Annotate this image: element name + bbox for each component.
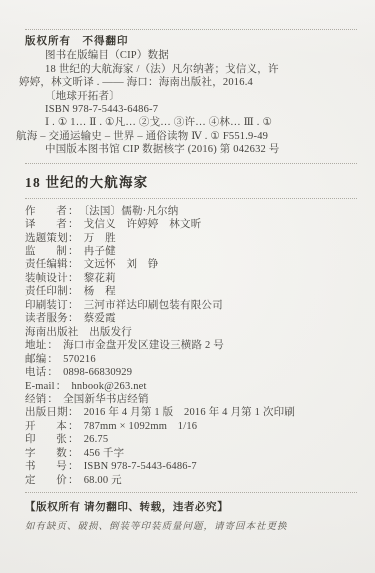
cip-line: ISBN 978-7-5443-6486-7: [45, 103, 357, 116]
row-label: 译者: [25, 218, 67, 231]
row-label: 开本: [25, 420, 67, 433]
row-value: 三河市祥达印刷包装有限公司: [84, 300, 223, 311]
label-colon: ：: [68, 448, 79, 459]
label-colon: ：: [47, 340, 58, 351]
row-value: 文远怀 刘 铮: [84, 259, 159, 270]
label-colon: ：: [68, 407, 79, 418]
row-label: 监制: [25, 245, 67, 258]
row-value: ISBN 978-7-5443-6486-7: [84, 461, 197, 472]
row-value: 2016 年 4 月第 1 版 2016 年 4 月第 1 次印刷: [84, 407, 295, 418]
row-value: 26.75: [84, 434, 109, 445]
row-address: 地址：海口市金盘开发区建设三横路 2 号: [25, 339, 357, 352]
row-word-count: 字数：456 千字: [25, 447, 357, 460]
label-colon: ：: [68, 259, 79, 270]
label-colon: ：: [68, 434, 79, 445]
row-price: 定价：68.00 元: [25, 474, 357, 487]
row-label: 责任编辑: [25, 258, 67, 271]
row-value: 0898-66830929: [63, 367, 132, 378]
cip-line: 18 世纪的大航海家 /（法）凡尔纳著；戈信义，许: [45, 63, 357, 76]
divider-below-title: [25, 198, 357, 199]
label-colon: ：: [68, 286, 79, 297]
row-email: E-mail：hnbook@263.net: [25, 380, 357, 393]
row-publisher: 海南出版社 出版发行: [25, 326, 357, 339]
row-reader-service: 读者服务：蔡爱霞: [25, 312, 357, 325]
row-value: 海南出版社 出版发行: [25, 327, 132, 338]
row-supervisor: 监制：冉子健: [25, 245, 357, 258]
row-value: 冉子健: [84, 246, 116, 257]
label-colon: ：: [68, 475, 79, 486]
row-value: 〔法国〕儒勒·凡尔纳: [84, 206, 179, 217]
row-label: 读者服务: [25, 312, 67, 325]
label-colon: ：: [68, 313, 79, 324]
cip-line: 航海 – 交通运输史 – 世界 – 通俗读物 Ⅳ . ① F551.9-49: [16, 130, 357, 143]
row-design: 装帧设计：黎花莉: [25, 272, 357, 285]
copyright-notice: 【版权所有 请勿翻印、转载，违者必究】: [25, 499, 357, 514]
row-value: 787mm × 1092mm 1/16: [84, 421, 198, 432]
row-value: 全国新华书店经销: [63, 394, 149, 405]
divider-above-title: [25, 163, 357, 164]
divider-top: [25, 29, 357, 30]
label-colon: ：: [47, 367, 58, 378]
row-value: 杨 程: [84, 286, 116, 297]
row-label: 书号: [25, 460, 67, 473]
row-label: 地址: [25, 339, 46, 352]
row-author: 作者：〔法国〕儒勒·凡尔纳: [25, 205, 357, 218]
label-colon: ：: [47, 354, 58, 365]
label-colon: ：: [68, 300, 79, 311]
divider-footer: [25, 492, 357, 493]
row-label: 定价: [25, 474, 67, 487]
row-print-supervisor: 责任印制：杨 程: [25, 285, 357, 298]
row-value: 海口市金盘开发区建设三横路 2 号: [63, 340, 224, 351]
cip-section: 版权所有 不得翻印 图书在版编目（CIP）数据 18 世纪的大航海家 /（法）凡…: [25, 35, 357, 157]
label-colon: ：: [68, 273, 79, 284]
cip-line: 〔地球开拓者〕: [45, 90, 357, 103]
label-colon: ：: [68, 461, 79, 472]
row-format: 开本：787mm × 1092mm 1/16: [25, 420, 357, 433]
row-translator: 译者：戈信义 许婷婷 林文昕: [25, 218, 357, 231]
row-value: 68.00 元: [84, 475, 122, 486]
row-value: 蔡爱霞: [84, 313, 116, 324]
row-label: 邮编: [25, 353, 46, 366]
row-label: 印张: [25, 433, 67, 446]
row-value: 456 千字: [84, 448, 125, 459]
publication-details: 作者：〔法国〕儒勒·凡尔纳 译者：戈信义 许婷婷 林文昕 选题策划：万 胜 监制…: [25, 205, 357, 488]
label-colon: ：: [68, 421, 79, 432]
colophon-page: 版权所有 不得翻印 图书在版编目（CIP）数据 18 世纪的大航海家 /（法）凡…: [0, 0, 375, 573]
row-topic-planning: 选题策划：万 胜: [25, 232, 357, 245]
row-distribution: 经销：全国新华书店经销: [25, 393, 357, 406]
book-title: 18 世纪的大航海家: [25, 174, 357, 191]
row-executive-editor: 责任编辑：文远怀 刘 铮: [25, 258, 357, 271]
label-colon: ：: [68, 246, 79, 257]
row-printing-binding: 印刷装订：三河市祥达印刷包装有限公司: [25, 299, 357, 312]
row-label: 选题策划: [25, 232, 67, 245]
row-printed-sheets: 印张：26.75: [25, 433, 357, 446]
row-label: 责任印制: [25, 285, 67, 298]
label-colon: ：: [68, 233, 79, 244]
cip-line: 图书在版编目（CIP）数据: [45, 49, 357, 62]
row-value: 万 胜: [84, 233, 116, 244]
label-colon: ：: [68, 219, 79, 230]
label-colon: ：: [47, 394, 58, 405]
row-value: hnbook@263.net: [71, 381, 146, 392]
cip-line: Ⅰ . ① 1… Ⅱ . ①凡… ②戈… ③许… ④林… Ⅲ . ①: [45, 116, 357, 129]
row-value: 黎花莉: [84, 273, 116, 284]
row-value: 570216: [63, 354, 96, 365]
row-book-number: 书号：ISBN 978-7-5443-6486-7: [25, 460, 357, 473]
cip-line: 中国版本图书馆 CIP 数据核字 (2016) 第 042632 号: [45, 143, 357, 156]
cip-line: 婷婷，林文昕译 . —— 海口：海南出版社，2016.4: [19, 76, 357, 89]
label-colon: ：: [68, 206, 79, 217]
replacement-note: 如有缺页、破损、倒装等印装质量问题，请寄回本社更换: [25, 518, 357, 532]
row-postcode: 邮编：570216: [25, 353, 357, 366]
copyright-header: 版权所有 不得翻印: [25, 35, 357, 48]
row-phone: 电话：0898-66830929: [25, 366, 357, 379]
label-colon: ：: [56, 381, 67, 392]
row-publish-date: 出版日期：2016 年 4 月第 1 版 2016 年 4 月第 1 次印刷: [25, 406, 357, 419]
row-value: 戈信义 许婷婷 林文昕: [84, 219, 202, 230]
row-label: 经销: [25, 393, 46, 406]
row-label: 出版日期: [25, 406, 67, 419]
row-label: E-mail: [25, 380, 55, 393]
row-label: 字数: [25, 447, 67, 460]
row-label: 印刷装订: [25, 299, 67, 312]
row-label: 电话: [25, 366, 46, 379]
row-label: 装帧设计: [25, 272, 67, 285]
row-label: 作者: [25, 205, 67, 218]
